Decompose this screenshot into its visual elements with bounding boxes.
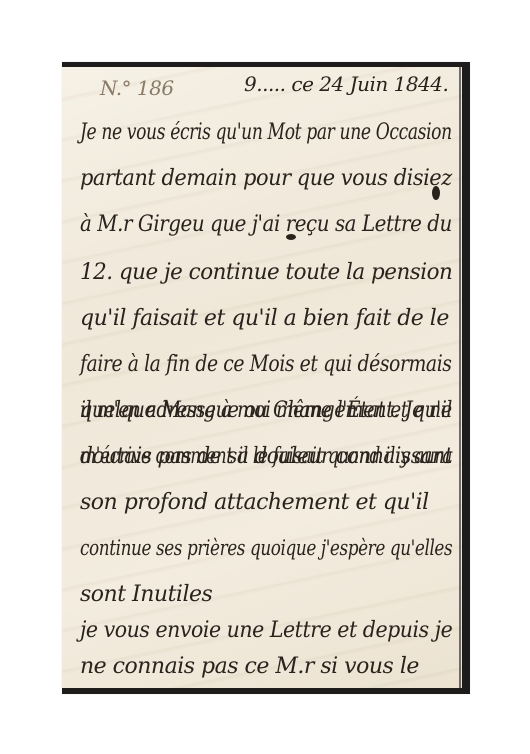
letter-line: doutais pas de sa douleur connaissant <box>80 444 452 469</box>
mourning-border-bottom <box>62 688 470 694</box>
letter-line: 12. que je continue toute la pension <box>80 260 452 285</box>
letter-line: qu'il faisait et qu'il a bien fait de le <box>80 306 449 331</box>
letter-line: sont Inutiles <box>80 582 212 607</box>
mourning-border-right <box>462 62 470 694</box>
letter-line: ne connais pas ce M.r si vous le <box>80 654 419 679</box>
letter-line: à M.r Girgeu que j'ai reçu sa Lettre du <box>80 212 452 237</box>
mourning-border-right-inner <box>459 67 461 689</box>
letter-line: continue ses prières quoique j'espère qu… <box>80 536 452 560</box>
letter-line: partant demain pour que vous disiez <box>80 166 452 191</box>
letter-sheet: N.° 186 9..... ce 24 Juin 1844. Je ne vo… <box>62 62 470 694</box>
mourning-border-top <box>62 62 470 67</box>
letter-line: son profond attachement et qu'il <box>80 490 429 515</box>
ink-blot <box>432 186 440 200</box>
letter-line: Je ne vous écris qu'un Mot par une Occas… <box>80 120 452 145</box>
reference-number: N.° 186 <box>100 76 174 100</box>
letter-line: faire à la fin de ce Mois et qui désorma… <box>80 352 452 377</box>
dateline: 9..... ce 24 Juin 1844. <box>244 72 448 96</box>
letter-line: je vous envoie une Lettre et depuis je <box>80 618 452 643</box>
letter-line: quelque Mangue ou Changement. Je ne <box>80 398 452 423</box>
ink-blot <box>286 234 296 240</box>
